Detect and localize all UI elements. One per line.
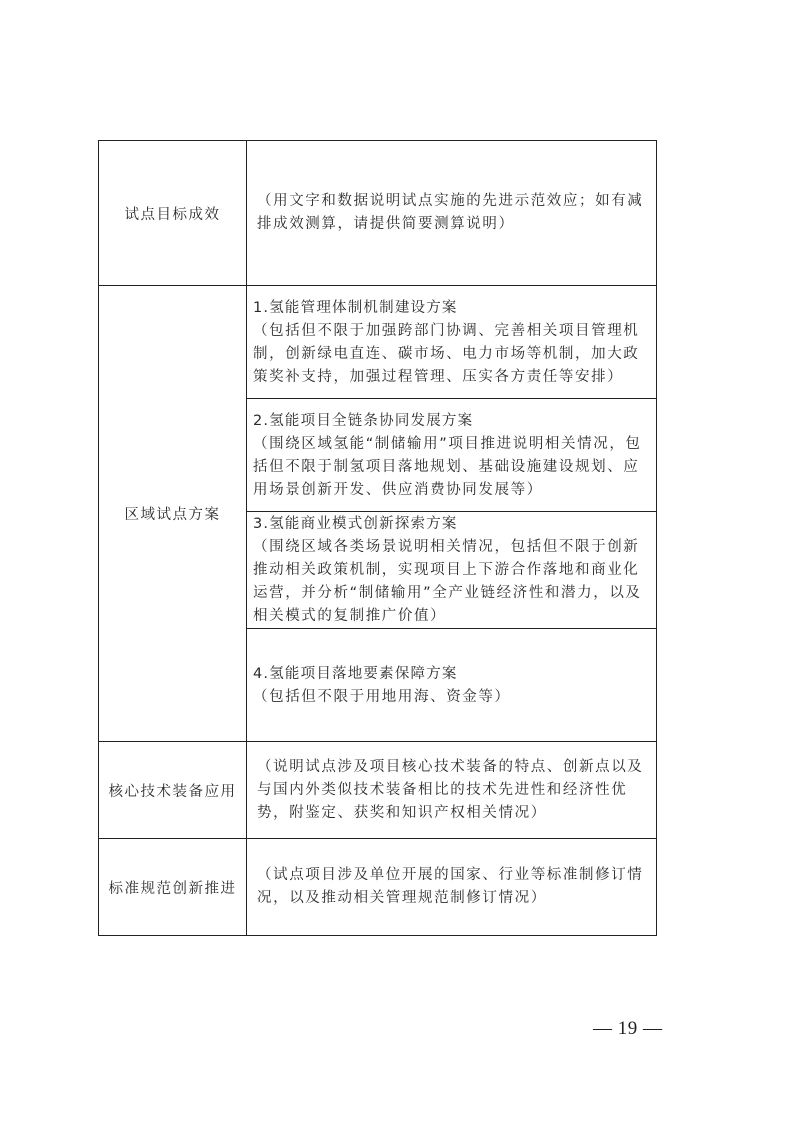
subsection-3: 3.氢能商业模式创新探索方案 （围绕区域各类场景说明相关情况，包括但不限于创新推… <box>247 512 657 629</box>
row-content-core-tech: （说明试点涉及项目核心技术装备的特点、创新点以及与国内外类似技术装备相比的技术先… <box>247 742 657 839</box>
content-text: （说明试点涉及项目核心技术装备的特点、创新点以及与国内外类似技术装备相比的技术先… <box>247 756 656 825</box>
subsection-description: （包括但不限于用地用海、资金等） <box>253 686 648 709</box>
row-label-standards: 标准规范创新推进 <box>99 839 247 936</box>
subsection-description: （围绕区域各类场景说明相关情况，包括但不限于创新推动相关政策机制，实现项目上下游… <box>253 536 648 628</box>
content-text: （用文字和数据说明试点实施的先进示范效应；如有减排成效测算，请提供简要测算说明） <box>247 190 656 236</box>
subsection-title: 2.氢能项目全链条协同发展方案 <box>253 410 648 433</box>
page-number: — 19 — <box>593 1018 663 1040</box>
subsection-title: 1.氢能管理体制机制建设方案 <box>253 297 648 320</box>
subsection-description: （包括但不限于加强跨部门协调、完善相关项目管理机制，创新绿电直连、碳市场、电力市… <box>253 320 648 389</box>
row-content-standards: （试点项目涉及单位开展的国家、行业等标准制修订情况，以及推动相关管理规范制修订情… <box>247 839 657 936</box>
content-text: （试点项目涉及单位开展的国家、行业等标准制修订情况，以及推动相关管理规范制修订情… <box>247 864 656 910</box>
row-label-pilot-target: 试点目标成效 <box>99 141 247 286</box>
subsection-2: 2.氢能项目全链条协同发展方案 （围绕区域氢能“制储输用”项目推进说明相关情况，… <box>247 399 657 512</box>
document-page: 试点目标成效 （用文字和数据说明试点实施的先进示范效应；如有减排成效测算，请提供… <box>0 0 794 1123</box>
application-form-table: 试点目标成效 （用文字和数据说明试点实施的先进示范效应；如有减排成效测算，请提供… <box>98 140 657 936</box>
subsection-title: 3.氢能商业模式创新探索方案 <box>253 513 648 536</box>
subsection-4: 4.氢能项目落地要素保障方案 （包括但不限于用地用海、资金等） <box>247 629 657 742</box>
subsection-description: （围绕区域氢能“制储输用”项目推进说明相关情况，包括但不限于制氢项目落地规划、基… <box>253 433 648 502</box>
table-row-regional-plan: 区域试点方案 1.氢能管理体制机制建设方案 （包括但不限于加强跨部门协调、完善相… <box>99 286 657 399</box>
subsection-title: 4.氢能项目落地要素保障方案 <box>253 663 648 686</box>
table-row-core-tech: 核心技术装备应用 （说明试点涉及项目核心技术装备的特点、创新点以及与国内外类似技… <box>99 742 657 839</box>
row-content-pilot-target: （用文字和数据说明试点实施的先进示范效应；如有减排成效测算，请提供简要测算说明） <box>247 141 657 286</box>
row-label-regional-plan: 区域试点方案 <box>99 286 247 742</box>
table-row-pilot-target: 试点目标成效 （用文字和数据说明试点实施的先进示范效应；如有减排成效测算，请提供… <box>99 141 657 286</box>
row-label-core-tech: 核心技术装备应用 <box>99 742 247 839</box>
table-row-standards: 标准规范创新推进 （试点项目涉及单位开展的国家、行业等标准制修订情况，以及推动相… <box>99 839 657 936</box>
subsection-1: 1.氢能管理体制机制建设方案 （包括但不限于加强跨部门协调、完善相关项目管理机制… <box>247 286 657 399</box>
